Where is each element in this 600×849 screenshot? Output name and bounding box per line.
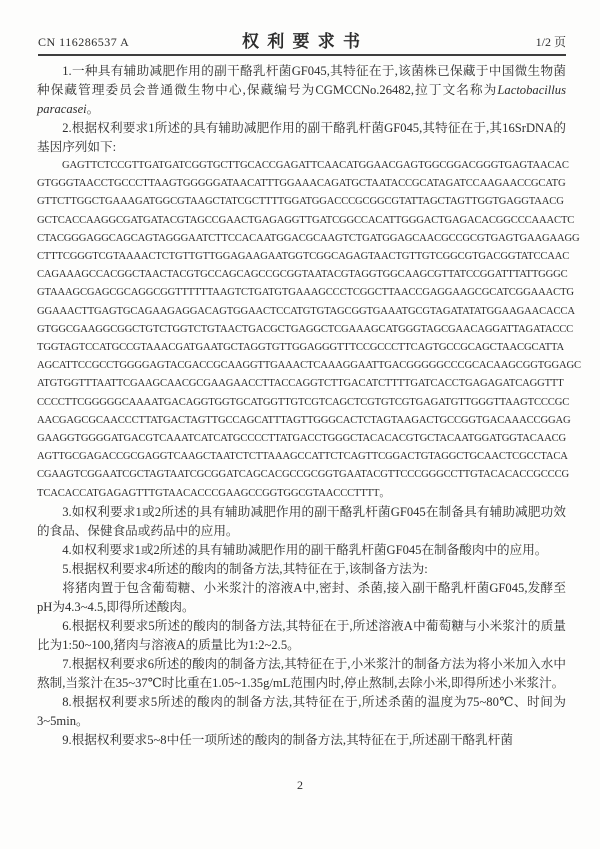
dna-sequence-line: GCTCACCAAGGCGATGATACGTAGCCGAACTGAGAGGTTG… (37, 212, 566, 230)
dna-sequence: GAGTTCTCCGTTGATGATCGGTGCTTGCACCGAGATTCAA… (37, 157, 566, 503)
claim-1-period: 。 (87, 102, 100, 116)
dna-sequence-line: CCCCTTCGGGGGCAAAATGACAGGTGGTGCATGGTTGTCG… (37, 394, 566, 412)
claims-body: 1.一种具有辅助减肥作用的副干酪乳杆菌GF045,其特征在于,该菌株已保藏于中国… (37, 62, 566, 750)
dna-sequence-line: GTGGCGAAGGCGGCTGTCTGGTCTGTAACTGACGCTGAGG… (37, 321, 566, 339)
dna-sequence-line: GGAAACTTGAGTGCAGAAGAGGACAGTGGAACTCCATGTG… (37, 303, 566, 321)
dna-sequence-line: CAGAAAGCCACGGCTAACTACGTGCCAGCAGCCGCGGTAA… (37, 266, 566, 284)
claim-6: 6.根据权利要求5所述的酸肉的制备方法,其特征在于,所述溶液A中葡萄糖与小米浆汁… (37, 617, 566, 655)
claim-1: 1.一种具有辅助减肥作用的副干酪乳杆菌GF045,其特征在于,该菌株已保藏于中国… (37, 62, 566, 119)
dna-sequence-line: GAAGGTGGGGATGACGTCAAATCATCATGCCCCTTATGAC… (37, 430, 566, 448)
dna-sequence-line: GTGGGTAACCTGCCCTTAAGTGGGGGATAACATTTGGAAA… (37, 175, 566, 193)
dna-sequence-line: AGCATTCCGCCTGGGGAGTACGACCGCAAGGTTGAAACTC… (37, 357, 566, 375)
dna-sequence-line: CTTTCGGGTCGTAAAACTCTGTTGTTGGAGAAGAATGGTC… (37, 248, 566, 266)
dna-sequence-line: CTACGGGAGGCAGCAGTAGGGAATCTTCCACAATGGACGC… (37, 230, 566, 248)
dna-sequence-line: GAGTTCTCCGTTGATGATCGGTGCTTGCACCGAGATTCAA… (37, 157, 566, 175)
patent-claims-page: CN 116286537 A 权 利 要 求 书 1/2 页 1.一种具有辅助减… (0, 0, 600, 849)
claim-4: 4.如权利要求1或2所述的具有辅助减肥作用的副干酪乳杆菌GF045在制备酸肉中的… (37, 541, 566, 560)
claim-8: 8.根据权利要求5所述的酸肉的制备方法,其特征在于,所述杀菌的温度为75~80℃… (37, 693, 566, 731)
document-title: 权 利 要 求 书 (242, 27, 362, 52)
page-indicator: 1/2 页 (536, 33, 566, 50)
dna-sequence-line: CGAAGTCGGAATCGCTAGTAATCGCGGATCAGCACGCCGC… (37, 466, 566, 484)
claim-5-step: 将猪肉置于包含葡萄糖、小米浆汁的溶液A中,密封、杀菌,接入副干酪乳杆菌GF045… (37, 579, 566, 617)
dna-sequence-line: GTAAAGCGAGCGCAGGCGGTTTTTTAAGTCTGATGTGAAA… (37, 284, 566, 302)
page-number: 2 (297, 778, 303, 792)
dna-sequence-line: AGTTGCGAGACCGCGAGGTCAAGCTAATCTCTTAAAGCCA… (37, 448, 566, 466)
claim-2: 2.根据权利要求1所述的具有辅助减肥作用的副干酪乳杆菌GF045,其特征在于,其… (37, 119, 566, 157)
dna-sequence-line: GTTCTTGGCTGAAAGATGGCGTAAGCTATCGCTTTTGGAT… (37, 193, 566, 211)
dna-sequence-line: TGGTAGTCCATGCCGTAAACGATGAATGCTAGGTGTTGGA… (37, 339, 566, 357)
claim-9: 9.根据权利要求5~8中任一项所述的酸肉的制备方法,其特征在于,所述副干酪乳杆菌 (37, 731, 566, 750)
page-header: CN 116286537 A 权 利 要 求 书 1/2 页 (38, 28, 566, 52)
dna-sequence-line: TCACACCATGAGAGTTTGTAACACCCGAAGCCGGTGGCGT… (37, 485, 566, 503)
claim-1-text: 1.一种具有辅助减肥作用的副干酪乳杆菌GF045,其特征在于,该菌株已保藏于中国… (37, 64, 566, 97)
dna-sequence-line: AACGAGCGCAACCCTTATGACTAGTTGCCAGCATTTAGTT… (37, 412, 566, 430)
claim-3: 3.如权利要求1或2所述的具有辅助减肥作用的副干酪乳杆菌GF045在制备具有辅助… (37, 503, 566, 541)
page-footer: 2 (0, 778, 600, 793)
claim-5: 5.根据权利要求4所述的酸肉的制备方法,其特征在于,该制备方法为: (37, 560, 566, 579)
claim-7: 7.根据权利要求6所述的酸肉的制备方法,其特征在于,小米浆汁的制备方法为将小米加… (37, 655, 566, 693)
publication-number: CN 116286537 A (38, 35, 129, 50)
dna-sequence-line: ATGTGGTTTAATTCGAAGCAACGCGAAGAACCTTACCAGG… (37, 375, 566, 393)
header-divider (38, 54, 566, 56)
